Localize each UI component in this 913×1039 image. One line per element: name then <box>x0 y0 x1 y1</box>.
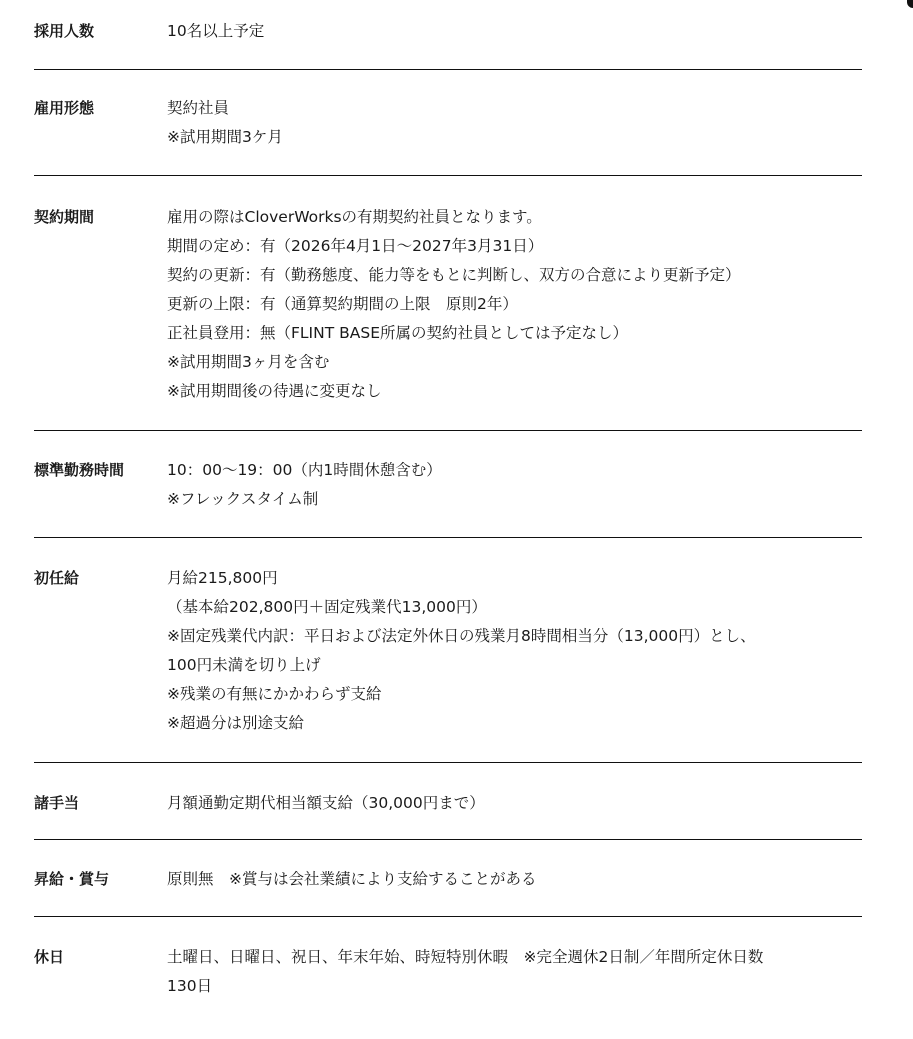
spec-value-line: ※試用期間3ヶ月を含む <box>167 348 862 377</box>
spec-row-employment-type: 雇用形態 契約社員 ※試用期間3ケ月 <box>34 70 862 176</box>
spec-value-working-hours: 10：00～19：00（内1時間休憩含む） ※フレックスタイム制 <box>167 456 862 537</box>
spec-value-headcount: 10名以上予定 <box>167 17 862 69</box>
spec-value-line: 契約の更新：有（勤務態度、能力等をもとに判断し、双方の合意により更新予定） <box>167 261 862 290</box>
spec-value-line: ※試用期間後の待遇に変更なし <box>167 377 862 406</box>
spec-row-starting-salary: 初任給 月給215,800円 （基本給202,800円＋固定残業代13,000円… <box>34 538 862 763</box>
spec-value-line: 正社員登用：無（FLINT BASE所属の契約社員としては予定なし） <box>167 319 862 348</box>
spec-value-line: ※固定残業代内訳：平日および法定外休日の残業月8時間相当分（13,000円）とし… <box>167 622 862 651</box>
spec-value-line: 契約社員 <box>167 94 862 123</box>
job-spec-table: 採用人数 10名以上予定 雇用形態 契約社員 ※試用期間3ケ月 契約期間 雇用の… <box>34 0 862 1039</box>
spec-label-allowances: 諸手当 <box>34 789 167 839</box>
spec-value-line: 月給215,800円 <box>167 564 862 593</box>
spec-value-line: 原則無 ※賞与は会社業績により支給することがある <box>167 865 862 894</box>
spec-row-working-hours: 標準勤務時間 10：00～19：00（内1時間休憩含む） ※フレックスタイム制 <box>34 431 862 538</box>
spec-value-starting-salary: 月給215,800円 （基本給202,800円＋固定残業代13,000円） ※固… <box>167 564 862 762</box>
spec-row-holidays: 休日 土曜日、日曜日、祝日、年末年始、時短特別休暇 ※完全週休2日制／年間所定休… <box>34 917 862 1039</box>
spec-value-contract-period: 雇用の際はCloverWorksの有期契約社員となります。 期間の定め：有（20… <box>167 203 862 430</box>
spec-label-raise-bonus: 昇給・賞与 <box>34 865 167 916</box>
spec-label-working-hours: 標準勤務時間 <box>34 456 167 537</box>
spec-row-contract-period: 契約期間 雇用の際はCloverWorksの有期契約社員となります。 期間の定め… <box>34 176 862 431</box>
spec-value-line: ※残業の有無にかかわらず支給 <box>167 680 862 709</box>
spec-label-employment-type: 雇用形態 <box>34 94 167 175</box>
spec-value-raise-bonus: 原則無 ※賞与は会社業績により支給することがある <box>167 865 862 916</box>
spec-value-line: 100円未満を切り上げ <box>167 651 862 680</box>
spec-label-starting-salary: 初任給 <box>34 564 167 762</box>
spec-value-employment-type: 契約社員 ※試用期間3ケ月 <box>167 94 862 175</box>
spec-label-contract-period: 契約期間 <box>34 203 167 430</box>
spec-value-line: 月額通勤定期代相当額支給（30,000円まで） <box>167 789 862 818</box>
spec-value-line: 雇用の際はCloverWorksの有期契約社員となります。 <box>167 203 862 232</box>
spec-row-allowances: 諸手当 月額通勤定期代相当額支給（30,000円まで） <box>34 763 862 840</box>
spec-value-line: 130日 <box>167 972 862 1001</box>
spec-value-line: ※試用期間3ケ月 <box>167 123 862 152</box>
spec-value-line: ※超過分は別途支給 <box>167 709 862 738</box>
spec-value-line: 10：00～19：00（内1時間休憩含む） <box>167 456 862 485</box>
spec-value-allowances: 月額通勤定期代相当額支給（30,000円まで） <box>167 789 862 839</box>
spec-value-line: 期間の定め：有（2026年4月1日～2027年3月31日） <box>167 232 862 261</box>
corner-artifact <box>907 0 913 8</box>
spec-value-line: （基本給202,800円＋固定残業代13,000円） <box>167 593 862 622</box>
spec-value-line: ※フレックスタイム制 <box>167 485 862 514</box>
spec-row-headcount: 採用人数 10名以上予定 <box>34 0 862 70</box>
spec-label-holidays: 休日 <box>34 943 167 1039</box>
spec-value-line: 土曜日、日曜日、祝日、年末年始、時短特別休暇 ※完全週休2日制／年間所定休日数 <box>167 943 862 972</box>
spec-label-headcount: 採用人数 <box>34 17 167 69</box>
spec-value-line: 更新の上限：有（通算契約期間の上限 原則2年） <box>167 290 862 319</box>
spec-row-raise-bonus: 昇給・賞与 原則無 ※賞与は会社業績により支給することがある <box>34 840 862 917</box>
spec-value-line: 10名以上予定 <box>167 17 862 46</box>
spec-value-holidays: 土曜日、日曜日、祝日、年末年始、時短特別休暇 ※完全週休2日制／年間所定休日数 … <box>167 943 862 1039</box>
